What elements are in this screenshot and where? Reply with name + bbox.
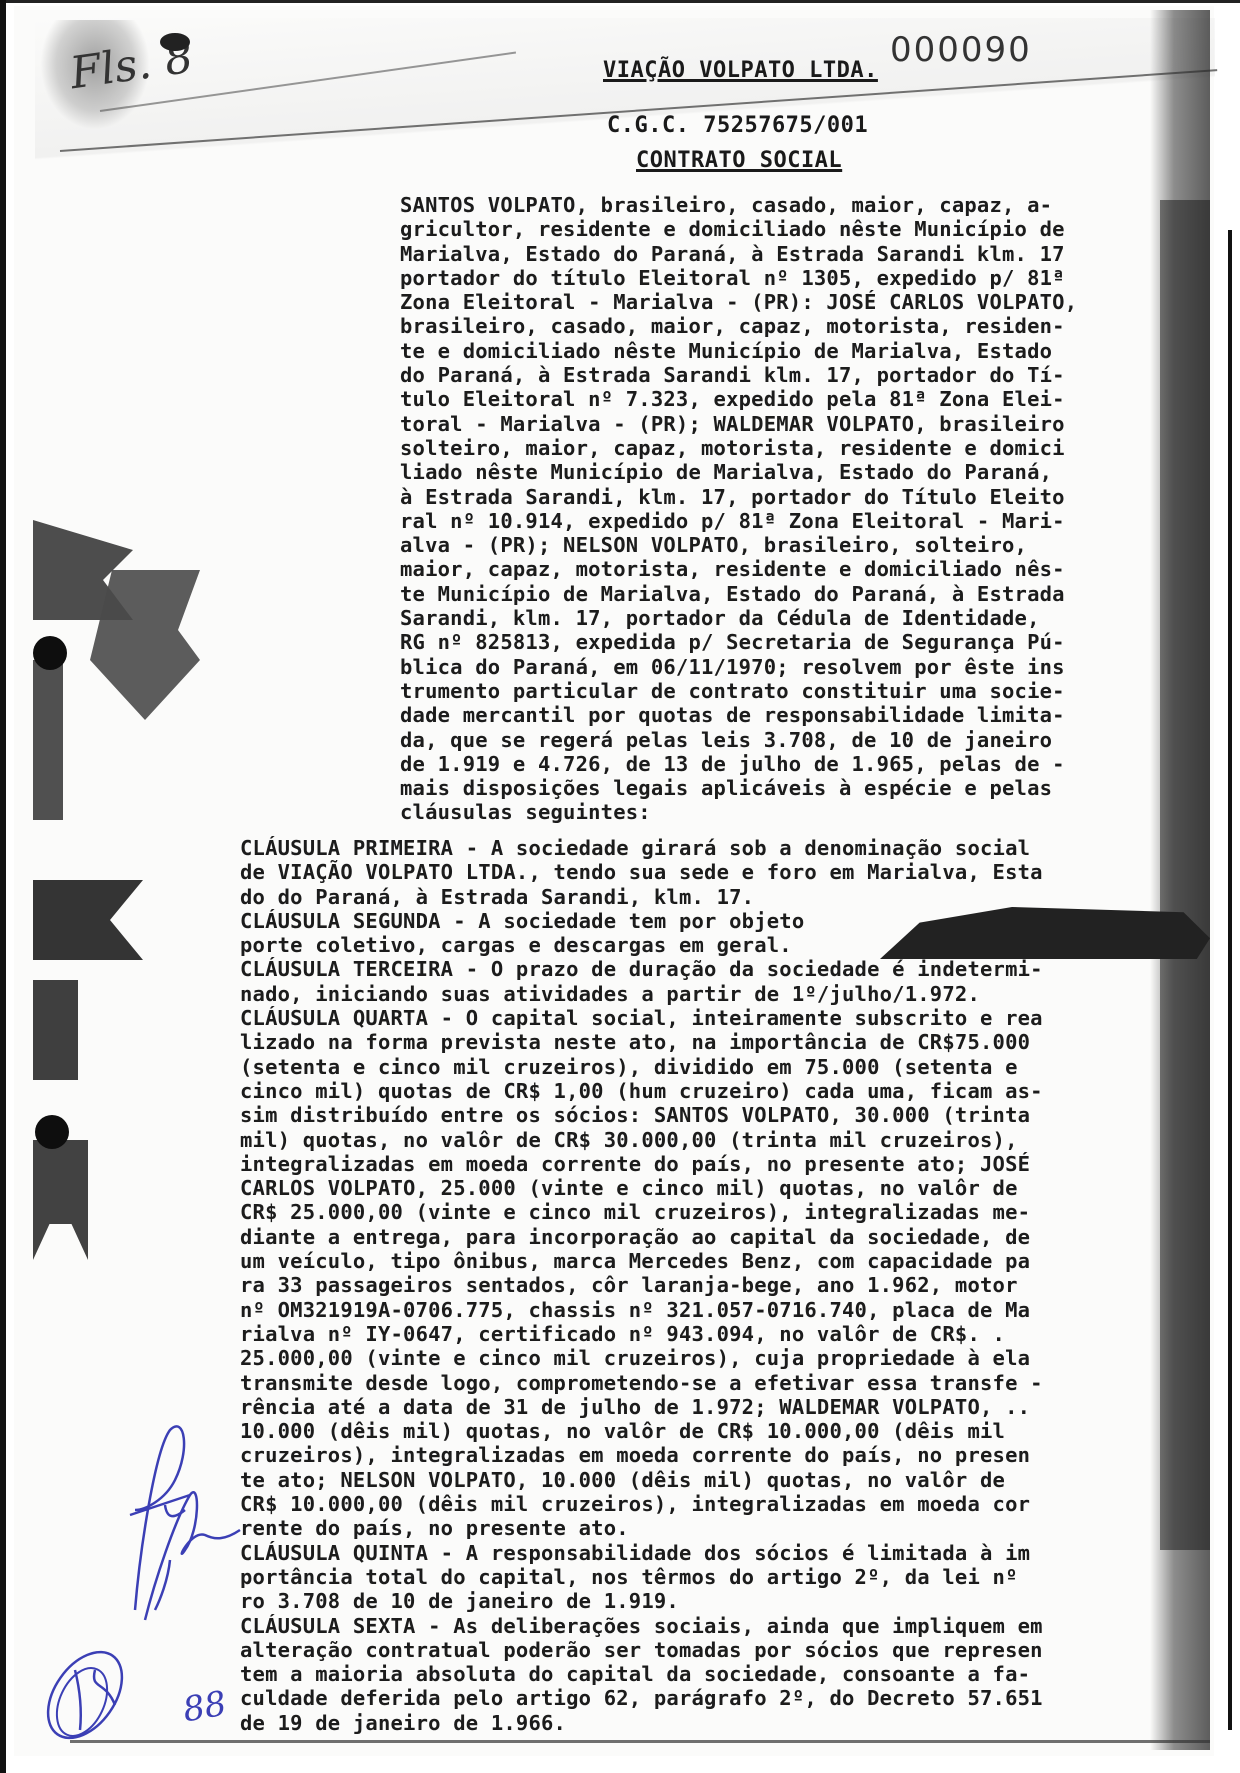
clause-text-line: transmite desde logo, comprometendo-se a… bbox=[240, 1371, 1043, 1395]
clause-text-line: mil) quotas, no valôr de CR$ 30.000,00 (… bbox=[240, 1128, 1043, 1152]
intro-text-line: cláusulas seguintes: bbox=[400, 800, 1077, 824]
handwritten-initials: 88 bbox=[180, 1684, 230, 1731]
bottom-fold-line bbox=[70, 1740, 1210, 1743]
clause-text-line: alteração contratual poderão ser tomadas… bbox=[240, 1638, 1043, 1662]
clause-text-line: diante a entrega, para incorporação ao c… bbox=[240, 1225, 1043, 1249]
clause-text-line: rialva nº IY-0647, certificado nº 943.09… bbox=[240, 1322, 1043, 1346]
signature-3 bbox=[40, 1630, 150, 1754]
intro-text-line: liado nêste Município de Marialva, Estad… bbox=[400, 460, 1077, 484]
clause-text-line: nº OM321919A-0706.775, chassis nº 321.05… bbox=[240, 1298, 1043, 1322]
intro-text-line: trumento particular de contrato constitu… bbox=[400, 679, 1077, 703]
intro-text-line: blica do Paraná, em 06/11/1970; resolvem… bbox=[400, 655, 1077, 679]
clause-text-line: CR$ 10.000,00 (dêis mil cruzeiros), inte… bbox=[240, 1492, 1043, 1516]
scan-border-left bbox=[0, 0, 6, 1773]
intro-text-line: da, que se regerá pelas leis 3.708, de 1… bbox=[400, 728, 1077, 752]
intro-text-line: tulo Eleitoral nº 7.323, expedido pela 8… bbox=[400, 387, 1077, 411]
clause-text-line: sim distribuído entre os sócios: SANTOS … bbox=[240, 1103, 1043, 1127]
clause-text-line: ra 33 passageiros sentados, côr laranja-… bbox=[240, 1273, 1043, 1297]
clause-text-line: de VIAÇÃO VOLPATO LTDA., tendo sua sede … bbox=[240, 860, 1043, 884]
clause-text-line: CLÁUSULA TERCEIRA - O prazo de duração d… bbox=[240, 957, 1043, 981]
clause-text-line: ro 3.708 de 10 de janeiro de 1.919. bbox=[240, 1589, 1043, 1613]
scan-shadow-blob bbox=[33, 980, 78, 1080]
intro-text-line: maior, capaz, motorista, residente e dom… bbox=[400, 557, 1077, 581]
scan-shadow-right-dark bbox=[1160, 200, 1210, 1550]
intro-text-line: mais disposições legais aplicáveis à esp… bbox=[400, 776, 1077, 800]
punch-hole-icon bbox=[33, 636, 67, 670]
intro-text-line: portador do título Eleitoral nº 1305, ex… bbox=[400, 266, 1077, 290]
page-fold-shading bbox=[35, 18, 1215, 168]
page-stamp-number: 000090 bbox=[890, 30, 1032, 70]
clause-text-line: CLÁUSULA QUARTA - O capital social, inte… bbox=[240, 1006, 1043, 1030]
cgc-number: C.G.C. 75257675/001 bbox=[607, 113, 868, 138]
intro-paragraph: SANTOS VOLPATO, brasileiro, casado, maio… bbox=[400, 193, 1077, 825]
ink-blot-icon bbox=[160, 33, 190, 51]
intro-text-line: SANTOS VOLPATO, brasileiro, casado, maio… bbox=[400, 193, 1077, 217]
intro-text-line: do Paraná, à Estrada Sarandi klm. 17, po… bbox=[400, 363, 1077, 387]
signature-2 bbox=[130, 1470, 250, 1634]
clause-text-line: tem a maioria absoluta do capital da soc… bbox=[240, 1662, 1043, 1686]
clause-text-line: (setenta e cinco mil cruzeiros), dividid… bbox=[240, 1055, 1043, 1079]
clause-text-line: do do Paraná, à Estrada Sarandi, klm. 17… bbox=[240, 885, 1043, 909]
intro-text-line: Zona Eleitoral - Marialva - (PR): JOSÉ C… bbox=[400, 290, 1077, 314]
clause-text-line: cinco mil) quotas de CR$ 1,00 (hum cruze… bbox=[240, 1079, 1043, 1103]
document-title: CONTRATO SOCIAL bbox=[636, 148, 842, 173]
intro-text-line: brasileiro, casado, maior, capaz, motori… bbox=[400, 314, 1077, 338]
intro-text-line: toral - Marialva - (PR); WALDEMAR VOLPAT… bbox=[400, 412, 1077, 436]
scan-border-right bbox=[1228, 230, 1232, 1730]
intro-text-line: te Município de Marialva, Estado do Para… bbox=[400, 582, 1077, 606]
clause-text-line: rente do país, no presente ato. bbox=[240, 1516, 1043, 1540]
intro-text-line: de 1.919 e 4.726, de 13 de julho de 1.96… bbox=[400, 752, 1077, 776]
intro-text-line: gricultor, residente e domiciliado nêste… bbox=[400, 217, 1077, 241]
clause-text-line: um veículo, tipo ônibus, marca Mercedes … bbox=[240, 1249, 1043, 1273]
clause-text-line: portância total do capital, nos têrmos d… bbox=[240, 1565, 1043, 1589]
clause-text-line: CLÁUSULA PRIMEIRA - A sociedade girará s… bbox=[240, 836, 1043, 860]
intro-text-line: à Estrada Sarandi, klm. 17, portador do … bbox=[400, 485, 1077, 509]
clause-text-line: nado, iniciando suas atividades a partir… bbox=[240, 982, 1043, 1006]
intro-text-line: solteiro, maior, capaz, motorista, resid… bbox=[400, 436, 1077, 460]
intro-text-line: RG nº 825813, expedida p/ Secretaria de … bbox=[400, 630, 1077, 654]
clause-text-line: cruzeiros), integralizadas em moeda corr… bbox=[240, 1443, 1043, 1467]
clause-text-line: de 19 de janeiro de 1.966. bbox=[240, 1711, 1043, 1735]
intro-text-line: alva - (PR); NELSON VOLPATO, brasileiro,… bbox=[400, 533, 1077, 557]
intro-text-line: Marialva, Estado do Paraná, à Estrada Sa… bbox=[400, 242, 1077, 266]
clause-text-line: CR$ 25.000,00 (vinte e cinco mil cruzeir… bbox=[240, 1200, 1043, 1224]
clause-text-line: rência até a data de 31 de julho de 1.97… bbox=[240, 1395, 1043, 1419]
punch-hole-icon bbox=[35, 1115, 69, 1149]
clause-text-line: lizado na forma prevista neste ato, na i… bbox=[240, 1030, 1043, 1054]
company-name-heading: VIAÇÃO VOLPATO LTDA. bbox=[603, 58, 878, 83]
clause-text-line: 25.000,00 (vinte e cinco mil cruzeiros),… bbox=[240, 1346, 1043, 1370]
intro-text-line: dade mercantil por quotas de responsabil… bbox=[400, 703, 1077, 727]
clause-text-line: culdade deferida pelo artigo 62, parágra… bbox=[240, 1686, 1043, 1710]
scan-border-top bbox=[0, 0, 1240, 3]
scan-shadow-blob bbox=[33, 660, 63, 820]
clause-text-line: integralizadas em moeda corrente do país… bbox=[240, 1152, 1043, 1176]
intro-text-line: te e domiciliado nêste Município de Mari… bbox=[400, 339, 1077, 363]
intro-text-line: Sarandi, klm. 17, portador da Cédula de … bbox=[400, 606, 1077, 630]
clause-text-line: CLÁUSULA SEXTA - As deliberações sociais… bbox=[240, 1614, 1043, 1638]
clause-text-line: CARLOS VOLPATO, 25.000 (vinte e cinco mi… bbox=[240, 1176, 1043, 1200]
clause-text-line: 10.000 (dêis mil) quotas, no valôr de CR… bbox=[240, 1419, 1043, 1443]
clause-text-line: te ato; NELSON VOLPATO, 10.000 (dêis mil… bbox=[240, 1468, 1043, 1492]
clause-text-line: CLÁUSULA QUINTA - A responsabilidade dos… bbox=[240, 1541, 1043, 1565]
intro-text-line: ral nº 10.914, expedido p/ 81ª Zona Elei… bbox=[400, 509, 1077, 533]
clauses-section: CLÁUSULA PRIMEIRA - A sociedade girará s… bbox=[240, 836, 1043, 1735]
